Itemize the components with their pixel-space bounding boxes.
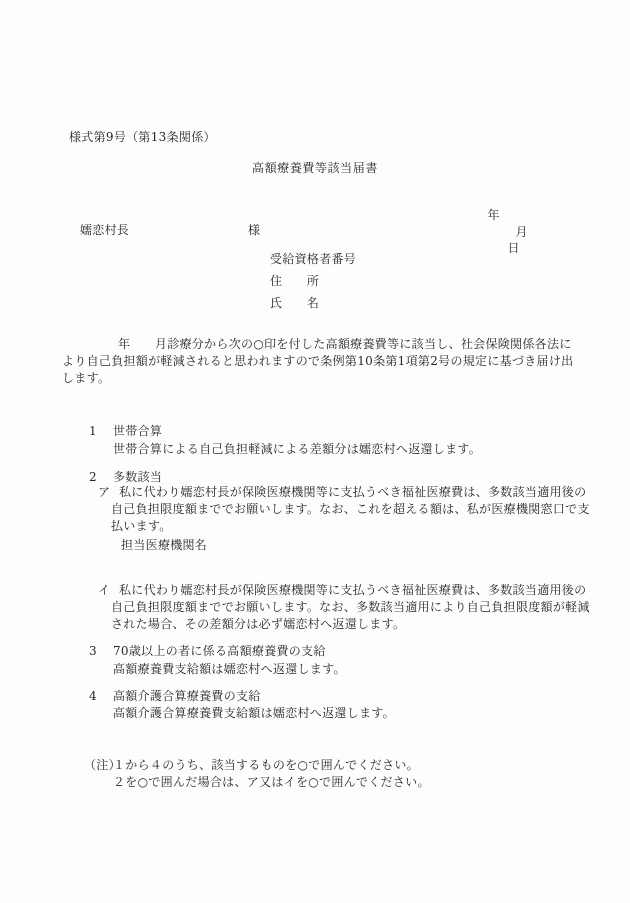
declaration-line-3: します。 [62, 370, 110, 387]
section-3-body: 高額療養費支給額は嬬恋村へ返還します。 [113, 661, 346, 678]
section-2-option-b-line-2: 自己負担限度額まででお願いします。なお、多数該当適用により自己負担限度額が軽減 [111, 599, 590, 616]
institution-name-label: 担当医療機関名 [121, 537, 207, 554]
note-line-2: ２を○で囲んだ場合は、ア又はイを○で囲んでください。 [113, 774, 430, 791]
note-line-1: １から４のうち、該当するものを○で囲んでください。 [113, 757, 419, 774]
document-page: 様式第9号（第13条関係） 高額療養費等該当届書 年 月 日 嬬恋村長 様 受給… [0, 0, 630, 903]
form-number: 様式第9号（第13条関係） [69, 129, 216, 146]
recipient-number-label: 受給資格者番号 [270, 251, 356, 268]
declaration-line-2: より自己負担額が軽減されると思われますので条例第10条第1項第2号の規定に基づき… [62, 353, 573, 370]
address-label: 住 所 [270, 273, 319, 290]
section-2-option-b-letter: イ [98, 582, 110, 599]
section-3-number: 3 [89, 643, 97, 660]
document-title: 高額療養費等該当届書 [0, 160, 630, 177]
name-label: 氏 名 [270, 295, 319, 312]
section-2-number: 2 [89, 469, 97, 486]
section-2-option-a-line-1: 私に代わり嬬恋村長が保険医療機関等に支払うべき福祉医療費は、多数該当適用後の [119, 484, 586, 501]
section-1-number: 1 [89, 423, 97, 440]
addressee-name: 嬬恋村長 [80, 222, 129, 239]
section-2-option-a-letter: ア [98, 484, 110, 501]
year-label: 年 [487, 208, 499, 222]
addressee-honorific: 様 [248, 222, 260, 239]
section-3-title: 70歳以上の者に係る高額療養費の支給 [113, 643, 326, 660]
date-line: 年 月 日 [471, 190, 528, 274]
month-label: 月 [515, 225, 527, 239]
declaration-line-1: 年 月診療分から次の○印を付した高額療養費等に該当し、社会保険関係各法に [118, 336, 572, 353]
section-2-option-a-line-2: 自己負担限度額まででお願いします。なお、これを超える額は、私が医療機関窓口で支 [111, 501, 590, 518]
section-1-body: 世帯合算による自己負担軽減による差額分は嬬恋村へ返還します。 [113, 441, 481, 458]
section-4-title: 高額介護合算療養費の支給 [113, 688, 261, 705]
day-label: 日 [507, 241, 519, 255]
section-4-number: 4 [89, 688, 97, 705]
section-2-option-b-line-1: 私に代わり嬬恋村長が保険医療機関等に支払うべき福祉医療費は、多数該当適用後の [119, 582, 586, 599]
section-4-body: 高額介護合算療養費支給額は嬬恋村へ返還します。 [113, 705, 395, 722]
section-2-option-b-line-3: された場合、その差額分は必ず嬬恋村へ返還します。 [111, 616, 405, 633]
section-2-option-a-line-3: 払います。 [111, 518, 172, 535]
section-1-title: 世帯合算 [113, 423, 162, 440]
